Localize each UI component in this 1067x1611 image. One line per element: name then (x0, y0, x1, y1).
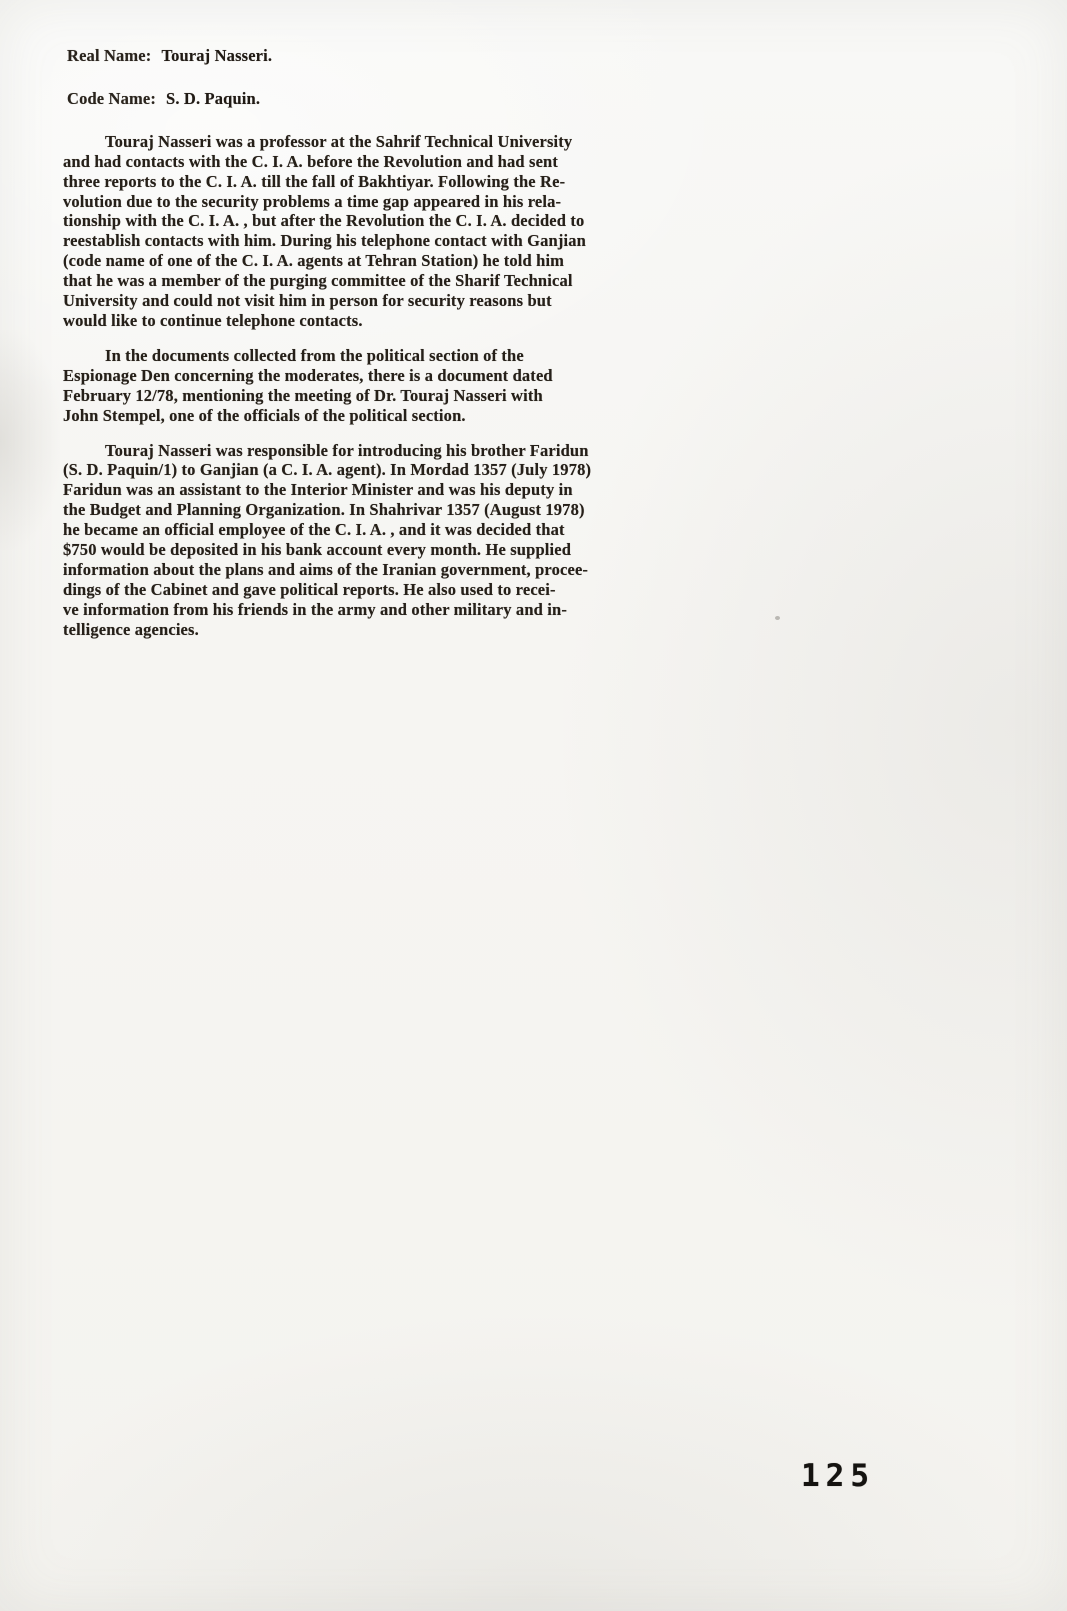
scan-dot-artifact (775, 616, 780, 620)
real-name-line: Real Name:Touraj Nasseri. (67, 46, 789, 66)
paragraph-biography: Touraj Nasseri was a professor at the Sa… (63, 132, 789, 331)
page-number: 125 (801, 1458, 875, 1494)
document-text-block: Real Name:Touraj Nasseri. Code Name:S. D… (63, 46, 789, 640)
paragraph-documents: In the documents collected from the poli… (63, 346, 789, 426)
real-name-value: Touraj Nasseri. (161, 46, 272, 65)
scanned-document-page: Real Name:Touraj Nasseri. Code Name:S. D… (0, 0, 1067, 1611)
code-name-line: Code Name:S. D. Paquin. (67, 89, 789, 109)
code-name-label: Code Name: (67, 89, 156, 108)
paragraph-brother: Touraj Nasseri was responsible for intro… (63, 441, 789, 640)
real-name-label: Real Name: (67, 46, 151, 65)
scan-smudge-artifact (0, 330, 60, 550)
code-name-value: S. D. Paquin. (166, 89, 260, 108)
